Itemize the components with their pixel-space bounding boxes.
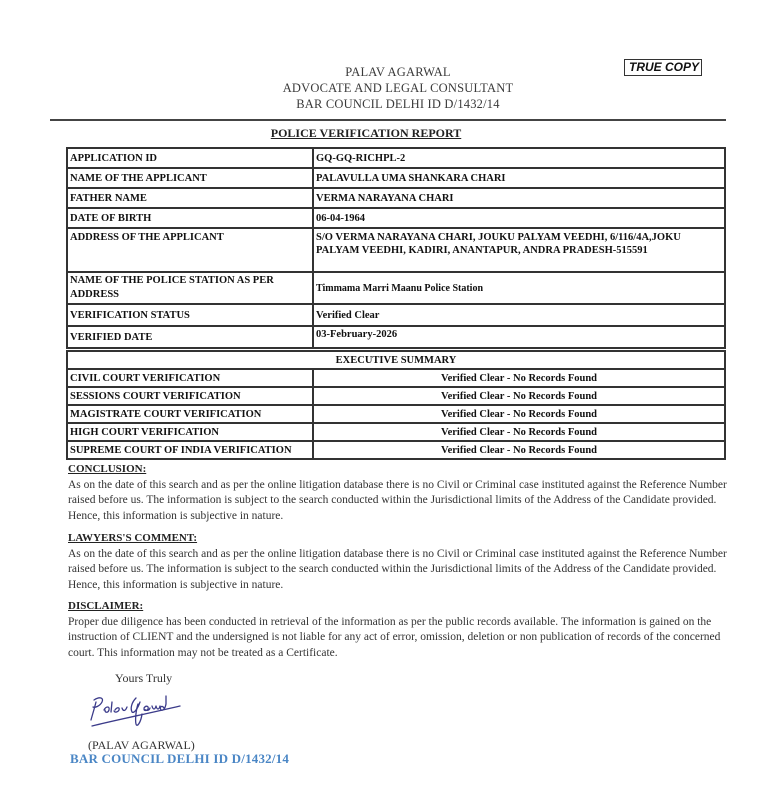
- signer-bar-id: BAR COUNCIL DELHI ID D/1432/14: [70, 751, 289, 767]
- table-row: MAGISTRATE COURT VERIFICATION Verified C…: [67, 405, 725, 423]
- field-value: VERMA NARAYANA CHARI: [313, 188, 725, 208]
- field-label: VERIFIED DATE: [67, 326, 313, 348]
- field-value: 06-04-1964: [313, 208, 725, 228]
- table-row: VERIFICATION STATUS Verified Clear: [67, 304, 725, 326]
- table-row: HIGH COURT VERIFICATION Verified Clear -…: [67, 423, 725, 441]
- field-value: PALAVULLA UMA SHANKARA CHARI: [313, 168, 725, 188]
- court-result: Verified Clear - No Records Found: [313, 423, 725, 441]
- field-label: VERIFICATION STATUS: [67, 304, 313, 326]
- conclusion-heading: CONCLUSION:: [68, 462, 728, 478]
- field-label: ADDRESS OF THE APPLICANT: [67, 228, 313, 272]
- table-row: DATE OF BIRTH 06-04-1964: [67, 208, 725, 228]
- disclaimer-text: Proper due diligence has been conducted …: [68, 615, 728, 662]
- table-row: NAME OF THE APPLICANT PALAVULLA UMA SHAN…: [67, 168, 725, 188]
- table-row: VERIFIED DATE 03-February-2026: [67, 326, 725, 348]
- disclaimer-heading: DISCLAIMER:: [68, 599, 728, 615]
- field-label: NAME OF THE APPLICANT: [67, 168, 313, 188]
- disclaimer-section: DISCLAIMER: Proper due diligence has bee…: [68, 599, 728, 661]
- field-value: Timmama Marri Maanu Police Station: [313, 272, 725, 304]
- table-row: SUPREME COURT OF INDIA VERIFICATION Veri…: [67, 441, 725, 459]
- signature-image: [86, 692, 186, 734]
- field-value: Verified Clear: [313, 304, 725, 326]
- court-label: HIGH COURT VERIFICATION: [67, 423, 313, 441]
- field-label: DATE OF BIRTH: [67, 208, 313, 228]
- conclusion-section: CONCLUSION: As on the date of this searc…: [68, 462, 728, 524]
- closing-salutation: Yours Truly: [115, 671, 172, 686]
- executive-summary-title: EXECUTIVE SUMMARY: [67, 351, 725, 369]
- court-result: Verified Clear - No Records Found: [313, 405, 725, 423]
- header-divider: [50, 119, 726, 121]
- field-label: APPLICATION ID: [67, 148, 313, 168]
- applicant-details-table: APPLICATION ID GQ-GQ-RICHPL-2 NAME OF TH…: [66, 147, 726, 349]
- true-copy-stamp: TRUE COPY: [624, 59, 702, 76]
- field-value: GQ-GQ-RICHPL-2: [313, 148, 725, 168]
- conclusion-text: As on the date of this search and as per…: [68, 478, 728, 525]
- field-value: S/O VERMA NARAYANA CHARI, JOUKU PALYAM V…: [313, 228, 725, 272]
- lawyer-designation: ADVOCATE AND LEGAL CONSULTANT: [0, 80, 760, 96]
- court-label: CIVIL COURT VERIFICATION: [67, 369, 313, 387]
- table-row: SESSIONS COURT VERIFICATION Verified Cle…: [67, 387, 725, 405]
- court-result: Verified Clear - No Records Found: [313, 387, 725, 405]
- table-row: FATHER NAME VERMA NARAYANA CHARI: [67, 188, 725, 208]
- lawyers-comment-text: As on the date of this search and as per…: [68, 547, 728, 594]
- executive-summary-table: EXECUTIVE SUMMARY CIVIL COURT VERIFICATI…: [66, 350, 726, 460]
- report-title: POLICE VERIFICATION REPORT: [0, 126, 732, 141]
- court-result: Verified Clear - No Records Found: [313, 441, 725, 459]
- lawyers-comment-section: LAWYERS'S COMMENT: As on the date of thi…: [68, 531, 728, 593]
- court-label: SESSIONS COURT VERIFICATION: [67, 387, 313, 405]
- lawyer-bar-id: BAR COUNCIL DELHI ID D/1432/14: [0, 96, 760, 112]
- field-label: NAME OF THE POLICE STATION AS PER ADDRES…: [67, 272, 313, 304]
- court-label: SUPREME COURT OF INDIA VERIFICATION: [67, 441, 313, 459]
- table-row: ADDRESS OF THE APPLICANT S/O VERMA NARAY…: [67, 228, 725, 272]
- table-row: CIVIL COURT VERIFICATION Verified Clear …: [67, 369, 725, 387]
- court-label: MAGISTRATE COURT VERIFICATION: [67, 405, 313, 423]
- field-value: 03-February-2026: [313, 326, 725, 348]
- table-row: APPLICATION ID GQ-GQ-RICHPL-2: [67, 148, 725, 168]
- table-header-row: EXECUTIVE SUMMARY: [67, 351, 725, 369]
- lawyers-comment-heading: LAWYERS'S COMMENT:: [68, 531, 728, 547]
- field-label: FATHER NAME: [67, 188, 313, 208]
- table-row: NAME OF THE POLICE STATION AS PER ADDRES…: [67, 272, 725, 304]
- court-result: Verified Clear - No Records Found: [313, 369, 725, 387]
